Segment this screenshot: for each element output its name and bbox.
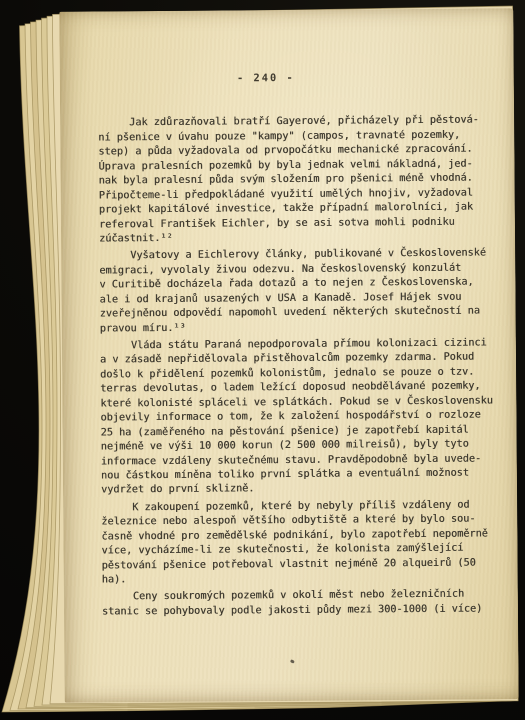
page-text: Jak zdůrazňovali bratří Gayerové, přichá… [98, 114, 492, 620]
paragraph: Jak zdůrazňovali bratří Gayerové, přichá… [98, 114, 489, 247]
book-scan: - 240 - Jak zdůrazňovali bratří Gayerové… [0, 0, 525, 720]
text-line: stanic se pohybovaly podle jakosti půdy … [102, 602, 492, 620]
page-number: - 240 - [76, 70, 456, 87]
text-line: pěstování pšenice potřeboval vlastnit ne… [102, 556, 492, 574]
paragraph: K zakoupení pozemků, které by nebyly pří… [101, 498, 492, 588]
text-line: vydržet do první sklizně. [101, 481, 491, 499]
text-line: referoval František Eichler, by se asi s… [99, 215, 489, 233]
paragraph: Vyšatovy a Eichlerovy články, publikovan… [99, 247, 490, 337]
paragraph: Ceny soukromých pozemků v okolí měst neb… [102, 588, 492, 620]
text-line: zveřejněnou odpovědí napomohl uvedení ně… [100, 305, 490, 323]
book-page: - 240 - Jak zdůrazňovali bratří Gayerové… [59, 8, 518, 703]
text-line: ha). [102, 570, 492, 588]
text-line: pravou míru.¹³ [100, 319, 490, 337]
text-line: zúčastnit.¹² [99, 229, 489, 247]
paragraph: Vláda státu Paraná nepodporovala přímou … [100, 336, 491, 498]
page-content: - 240 - Jak zdůrazňovali bratří Gayerové… [59, 8, 518, 703]
